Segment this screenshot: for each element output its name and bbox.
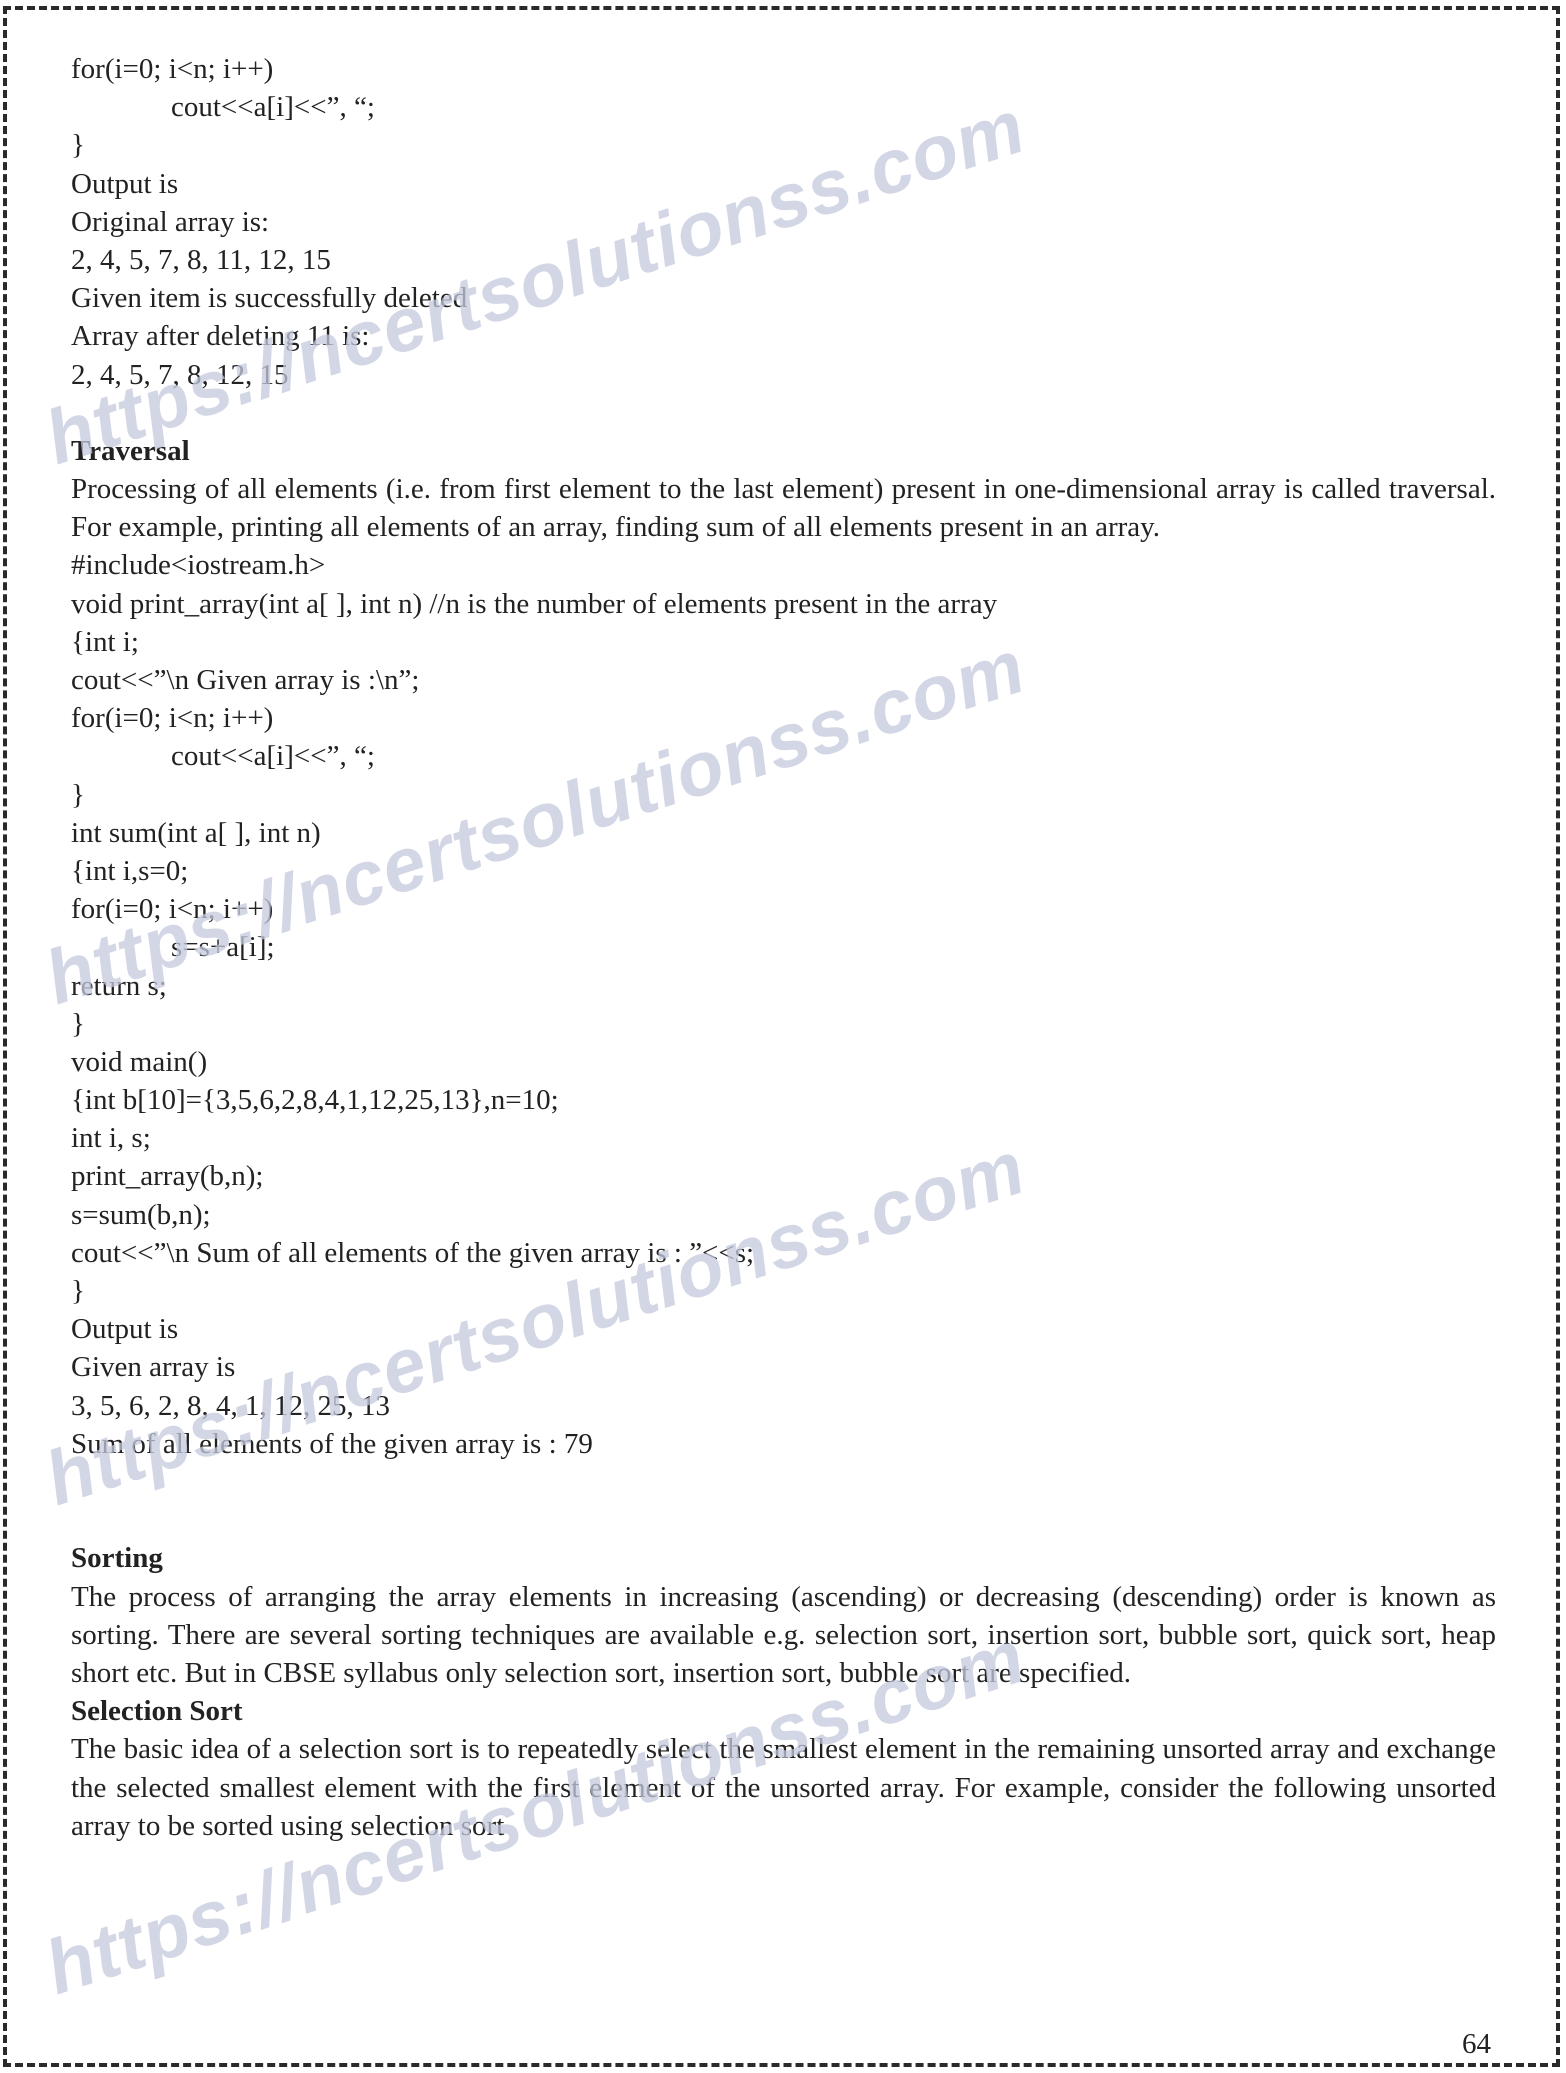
code-line: }	[71, 1005, 1496, 1043]
code-line: for(i=0; i<n; i++)	[71, 699, 1496, 737]
top-code-block: for(i=0; i<n; i++) cout<<a[i]<<”, “; }	[71, 50, 1496, 165]
output-line: Given item is successfully deleted	[71, 279, 1496, 317]
deletion-output-block: Output is Original array is: 2, 4, 5, 7,…	[71, 165, 1496, 394]
spacer	[71, 1501, 1496, 1539]
code-line: int i, s;	[71, 1119, 1496, 1157]
code-line: int sum(int a[ ], int n)	[71, 814, 1496, 852]
traversal-description: Processing of all elements (i.e. from fi…	[71, 470, 1496, 546]
spacer	[71, 394, 1496, 432]
code-line: return s;	[71, 967, 1496, 1005]
code-line: cout<<”\n Given array is :\n”;	[71, 661, 1496, 699]
output-line: Original array is:	[71, 203, 1496, 241]
code-line: s=s+a[i];	[71, 928, 1496, 966]
code-line: cout<<”\n Sum of all elements of the giv…	[71, 1234, 1496, 1272]
output-label: Output is	[71, 165, 1496, 203]
code-line: {int b[10]={3,5,6,2,8,4,1,12,25,13},n=10…	[71, 1081, 1496, 1119]
code-line: }	[71, 1272, 1496, 1310]
code-line: for(i=0; i<n; i++)	[71, 890, 1496, 928]
code-line: void main()	[71, 1043, 1496, 1081]
output-line: Sum of all elements of the given array i…	[71, 1425, 1496, 1463]
selection-sort-description: The basic idea of a selection sort is to…	[71, 1730, 1496, 1845]
page-content: for(i=0; i<n; i++) cout<<a[i]<<”, “; } O…	[71, 50, 1496, 1845]
output-line: 2, 4, 5, 7, 8, 12, 15	[71, 356, 1496, 394]
section-heading-sorting: Sorting	[71, 1539, 1496, 1577]
code-line: s=sum(b,n);	[71, 1196, 1496, 1234]
selection-sort-section: Selection Sort The basic idea of a selec…	[71, 1692, 1496, 1845]
output-line: 3, 5, 6, 2, 8, 4, 1, 12, 25, 13	[71, 1387, 1496, 1425]
code-line: for(i=0; i<n; i++)	[71, 50, 1496, 88]
code-line: print_array(b,n);	[71, 1157, 1496, 1195]
code-line: }	[71, 126, 1496, 164]
traversal-output-block: Output is Given array is 3, 5, 6, 2, 8, …	[71, 1310, 1496, 1463]
output-label: Output is	[71, 1310, 1496, 1348]
output-line: Given array is	[71, 1348, 1496, 1386]
code-line: void print_array(int a[ ], int n) //n is…	[71, 585, 1496, 623]
traversal-code-block: #include<iostream.h> void print_array(in…	[71, 546, 1496, 1310]
code-line: cout<<a[i]<<”, “;	[71, 88, 1496, 126]
sorting-section: Sorting The process of arranging the arr…	[71, 1539, 1496, 1692]
code-line: {int i,s=0;	[71, 852, 1496, 890]
code-line: {int i;	[71, 623, 1496, 661]
section-heading-selection-sort: Selection Sort	[71, 1692, 1496, 1730]
output-line: 2, 4, 5, 7, 8, 11, 12, 15	[71, 241, 1496, 279]
page-number: 64	[1462, 2028, 1491, 2061]
output-line: Array after deleting 11 is:	[71, 317, 1496, 355]
sorting-description: The process of arranging the array eleme…	[71, 1578, 1496, 1693]
traversal-section: Traversal Processing of all elements (i.…	[71, 432, 1496, 1463]
code-line: cout<<a[i]<<”, “;	[71, 737, 1496, 775]
spacer	[71, 1463, 1496, 1501]
section-heading-traversal: Traversal	[71, 432, 1496, 470]
code-line: #include<iostream.h>	[71, 546, 1496, 584]
code-line: }	[71, 776, 1496, 814]
